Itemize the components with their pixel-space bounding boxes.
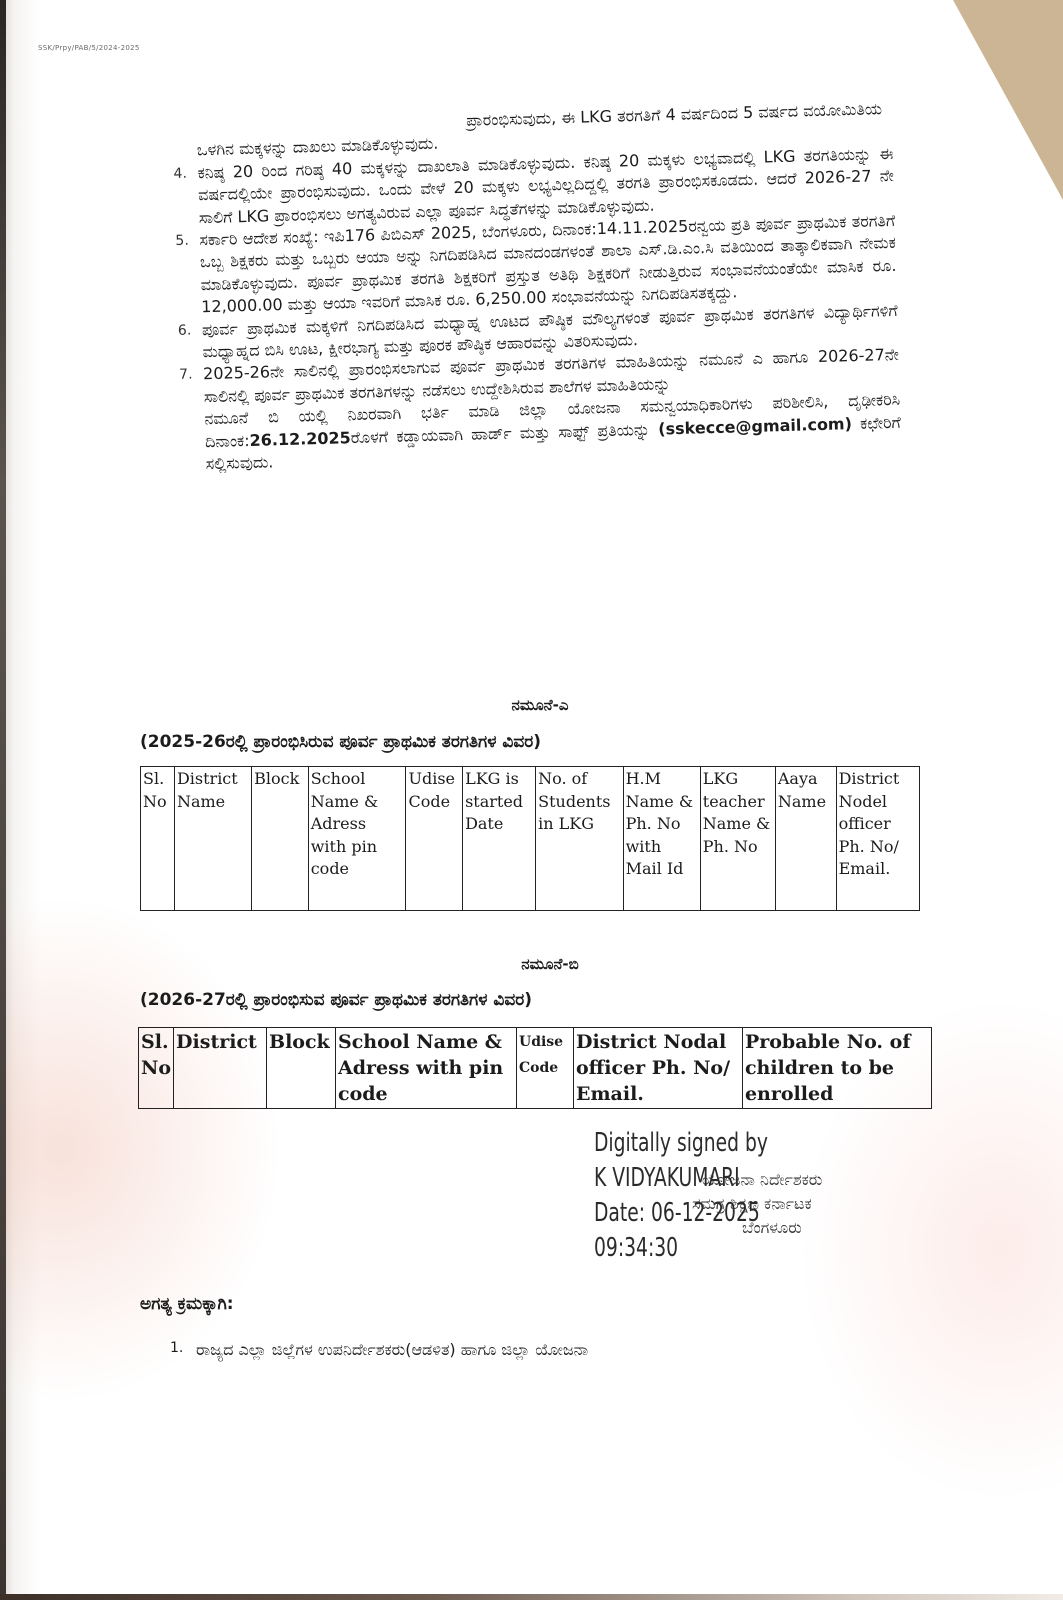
column-header: Sl. No (139, 1028, 174, 1109)
form-b-subtitle: (2026-27ರಲ್ಲಿ ಪ್ರಾರಂಭಿಸುವ ಪೂರ್ವ ಪ್ರಾಥಮಿಕ… (140, 990, 532, 1010)
form-b-header-row: Sl. No District Block School Name & Adre… (139, 1028, 932, 1109)
signer-name: K VIDYAKUMARI (594, 1161, 768, 1196)
column-header: Aaya Name (775, 767, 836, 911)
column-header: District Nodal officer Ph. No/ Email. (573, 1028, 742, 1109)
column-header: District Name (174, 767, 251, 911)
column-header: Block (267, 1028, 336, 1109)
form-a-title: ನಮೂನೆ-ಎ (460, 696, 620, 714)
paper-bottom-edge-shadow (0, 1594, 1063, 1600)
form-a-subtitle: (2025-26ರಲ್ಲಿ ಪ್ರಾರಂಭಿಸಿರುವ ಪೂರ್ವ ಪ್ರಾಥಮ… (140, 732, 541, 752)
form-a-table: Sl. No District Name Block School Name &… (140, 766, 920, 911)
copy-to-number: 1. (170, 1340, 196, 1360)
paper-left-edge-shadow (0, 0, 6, 1600)
digital-signature-block: Digitally signed by K VIDYAKUMARI Date: … (594, 1126, 768, 1266)
deadline-date: 26.12.2025 (249, 428, 351, 450)
column-header: Udise Code (406, 767, 463, 911)
copy-to-item: 1. ರಾಜ್ಯದ ಎಲ್ಲಾ ಜಿಲ್ಲೆಗಳ ಉಪನಿರ್ದೇಶಕರು(ಆಡ… (170, 1340, 588, 1360)
point-7-text-after-date: ರೊಳಗೆ ಕಡ್ಡಾಯವಾಗಿ ಹಾರ್ಡ್ ಮತ್ತು ಸಾಫ್ಟ್ ಪ್ರ… (351, 419, 659, 447)
form-b-table: Sl. No District Block School Name & Adre… (138, 1027, 932, 1109)
column-header: LKG teacher Name & Ph. No (700, 767, 775, 911)
point-number: 6. (178, 319, 203, 364)
form-b-title: ನಮೂನೆ-ಬಿ (470, 955, 630, 973)
column-header: Probable No. of children to be enrolled (742, 1028, 931, 1109)
copy-to-text: ರಾಜ್ಯದ ಎಲ್ಲಾ ಜಿಲ್ಲೆಗಳ ಉಪನಿರ್ದೇಶಕರು(ಆಡಳಿತ… (196, 1340, 588, 1360)
scanned-document-page: SSK/Prpy/PAB/5/2024-2025 ಪ್ರಾರಂಭಿಸುವುದು,… (0, 0, 1063, 1600)
document-body: ಪ್ರಾರಂಭಿಸುವುದು, ಈ LKG ತರಗತಿಗೆ 4 ವರ್ಷದಿಂದ… (172, 98, 902, 476)
form-a-header-row: Sl. No District Name Block School Name &… (141, 767, 920, 911)
point-number: 5. (175, 229, 201, 319)
point-number: 7. (179, 364, 204, 409)
column-header: Sl. No (141, 767, 175, 911)
reference-number: SSK/Prpy/PAB/5/2024-2025 (38, 44, 140, 52)
column-header: H.M Name & Ph. No with Mail Id (623, 767, 700, 911)
background-surface-corner (953, 0, 1063, 200)
column-header: School Name & Adress with pin code (308, 767, 406, 911)
column-header: Block (252, 767, 309, 911)
column-header: District (174, 1028, 267, 1109)
column-header: No. of Students in LKG (536, 767, 623, 911)
signature-date: Date: 06-12-2025 (594, 1196, 768, 1231)
column-header: District Nodel officer Ph. No/ Email. (836, 767, 919, 911)
signature-time: 09:34:30 (594, 1231, 768, 1266)
column-header: Udise Code (516, 1028, 573, 1109)
copy-to-heading: ಅಗತ್ಯ ಕ್ರಮಕ್ಕಾಗಿ: (140, 1294, 234, 1314)
column-header: LKG is started Date (463, 767, 536, 911)
signature-line-1: Digitally signed by (594, 1126, 768, 1161)
submission-email: (sskecce@gmail.com) (658, 414, 852, 438)
point-number: 4. (173, 162, 199, 230)
column-header: School Name & Adress with pin code (336, 1028, 517, 1109)
